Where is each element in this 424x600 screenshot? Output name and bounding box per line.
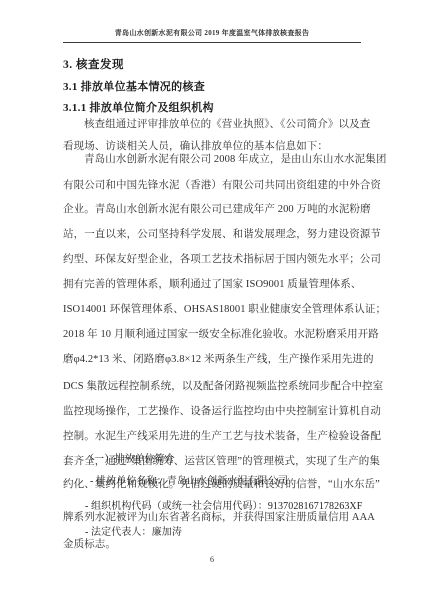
body-line: 有限公司和中国先锋水泥（香港）有限公司共同出资组建的中外合资 (63, 180, 383, 192)
document-page: 青岛山水创新水泥有限公司 2019 年度温室气体排放核查报告 3. 核查发现 3… (0, 0, 424, 600)
overlay-line-unit-name: - 排放单位名称：青岛山水创新水泥有限公司 (90, 476, 288, 488)
overlay-line-legal-rep: - 法定代表人：廉加涛 (85, 527, 182, 539)
overlay-line-org-code: - 组织机构代码（或统一社会信用代码）：9137028167178263XF (85, 501, 362, 513)
report-header: 青岛山水创新水泥有限公司 2019 年度温室气体排放核查报告 (63, 28, 361, 38)
body-line: 约型、环保友好型企业，各项工艺技术指标居于国内领先水平；公司 (63, 254, 383, 266)
body-line: 牌系列水泥被评为山东省著名商标，并获得国家注册质量信用 AAA (63, 512, 383, 524)
body-line: 拥有完善的管理体系，顺利通过了国家 ISO9001 质量管理体系、 (63, 279, 383, 291)
header-rule (63, 42, 361, 43)
body-line: 青岛山水创新水泥有限公司 2008 年成立，是由山东山水水泥集团 (63, 154, 404, 166)
page-number: 6 (0, 555, 424, 564)
overlay-line-unit-intro: （一）排放单位简介 (84, 454, 175, 466)
body-line: 磨φ4.2*13 米、闭路磨φ3.8×12 米两条生产线，生产操作采用先进的 (63, 354, 383, 366)
body-line: 监控现场操作，工艺操作、设备运行监控均由中央控制室计算机自动 (63, 406, 383, 418)
body-line: 企业。青岛山水创新水泥有限公司已建成年产 200 万吨的水泥粉磨 (63, 204, 383, 216)
body-line: ISO14001 环保管理体系、OHSAS18001 职业健康安全管理体系认证； (63, 304, 383, 316)
body-line: 金质标志。 (63, 539, 383, 551)
section-heading-3: 3. 核查发现 (63, 56, 124, 72)
body-line: 看现场、访谈相关人员，确认排放单位的基本信息如下： (63, 141, 383, 153)
section-heading-3-1: 3.1 排放单位基本情况的核查 (63, 78, 205, 94)
section-heading-3-1-1: 3.1.1 排放单位简介及组织机构 (63, 99, 214, 115)
body-line: 控制。水泥生产线采用先进的生产工艺与技术装备，生产检验设备配 (63, 431, 383, 443)
body-line: 2018 年 10 月顺利通过国家一级安全标准化验收。水泥粉磨采用开路 (63, 329, 383, 341)
body-line: 站，一直以来，公司坚持科学发展、和谐发展理念，努力建设资源节 (63, 229, 383, 241)
body-line: 核查组通过评审排放单位的《营业执照》、《公司简介》以及查 (63, 119, 404, 131)
body-line: DCS 集散远程控制系统，以及配备闭路视频监控系统同步配合中控室 (63, 381, 383, 393)
